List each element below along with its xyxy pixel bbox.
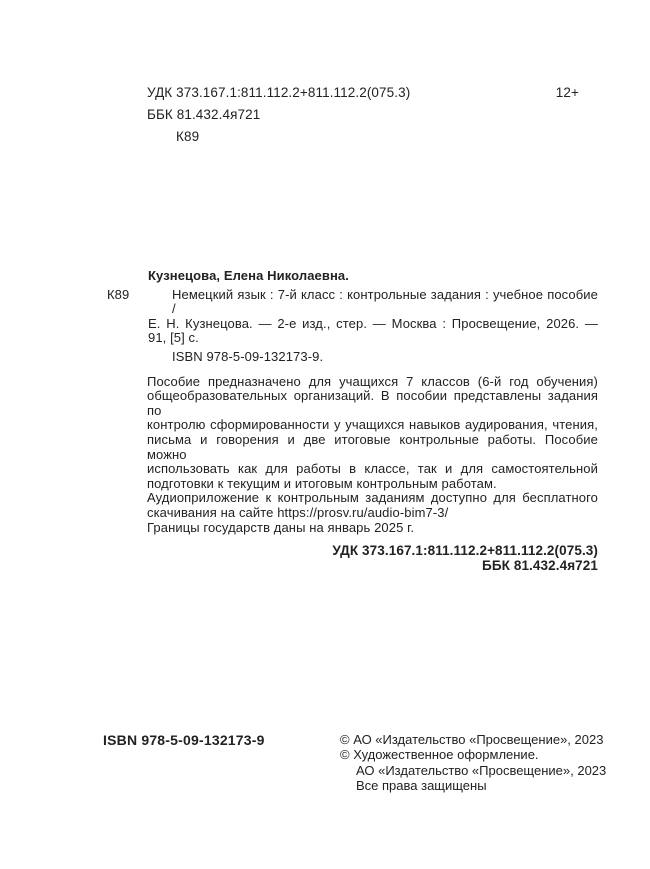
udk-row: УДК 373.167.1:811.112.2+811.112.2(075.3)…: [147, 82, 598, 104]
bottom-isbn: ISBN 978-5-09-132173-9: [103, 733, 265, 748]
copyright-line: © АО «Издательство «Просвещение», 2023: [340, 732, 606, 747]
copyright-line: Все права защищены: [340, 778, 606, 793]
imprint-page: УДК 373.167.1:811.112.2+811.112.2(075.3)…: [0, 0, 650, 869]
bib-line: Немецкий язык : 7-й класс : контрольные …: [148, 288, 598, 317]
footer-codes-block: УДК 373.167.1:811.112.2+811.112.2(075.3)…: [107, 543, 598, 573]
annotation-line: общеобразовательных организаций. В пособ…: [147, 389, 598, 418]
top-codes-block: УДК 373.167.1:811.112.2+811.112.2(075.3)…: [147, 82, 598, 148]
annotation-line: контролю сформированности у учащихся нав…: [147, 418, 598, 433]
annotation-line: Пособие предназначено для учащихся 7 кла…: [147, 375, 598, 390]
footer-udk-code: УДК 373.167.1:811.112.2+811.112.2(075.3): [107, 543, 598, 558]
bibliographic-description: Немецкий язык : 7-й класс : контрольные …: [148, 288, 598, 346]
bibliographic-block: Кузнецова, Елена Николаевна. К89 Немецки…: [107, 269, 598, 573]
margin-author-code: К89: [107, 288, 129, 303]
book-author-code: К89: [176, 126, 598, 148]
annotation-line: использовать как для работы в классе, та…: [147, 462, 598, 477]
annotation-line: письма и говорения и две итоговые контро…: [147, 433, 598, 462]
author-heading: Кузнецова, Елена Николаевна.: [148, 269, 598, 284]
annotation-paragraph-3: Границы государств даны на январь 2025 г…: [147, 521, 598, 536]
bibliographic-entry: К89 Немецкий язык : 7-й класс : контроль…: [107, 288, 598, 346]
annotation-line: подготовки к текущим и итоговым контроль…: [147, 477, 598, 492]
footer-bbk-code: ББК 81.432.4я721: [107, 558, 598, 573]
udk-code: УДК 373.167.1:811.112.2+811.112.2(075.3): [147, 85, 410, 100]
audio-url-line: скачивания на сайте https://prosv.ru/aud…: [147, 506, 598, 521]
copyright-block: © АО «Издательство «Просвещение», 2023 ©…: [340, 732, 606, 793]
bbk-code: ББК 81.432.4я721: [147, 104, 598, 126]
age-rating-mark: 12+: [556, 82, 579, 104]
bib-line: 91, [5] с.: [148, 331, 598, 346]
borders-note-line: Границы государств даны на январь 2025 г…: [147, 521, 598, 536]
annotation-paragraph-2: Аудиоприложение к контрольным заданиям д…: [147, 491, 598, 520]
copyright-line: АО «Издательство «Просвещение», 2023: [340, 763, 606, 778]
annotation-paragraph-1: Пособие предназначено для учащихся 7 кла…: [147, 375, 598, 492]
copyright-line: © Художественное оформление.: [340, 747, 606, 762]
isbn-line: ISBN 978-5-09-132173-9.: [172, 350, 598, 365]
annotation-line: Аудиоприложение к контрольным заданиям д…: [147, 491, 598, 506]
bib-line: Е. Н. Кузнецова. — 2-е изд., стер. — Мос…: [148, 317, 598, 332]
